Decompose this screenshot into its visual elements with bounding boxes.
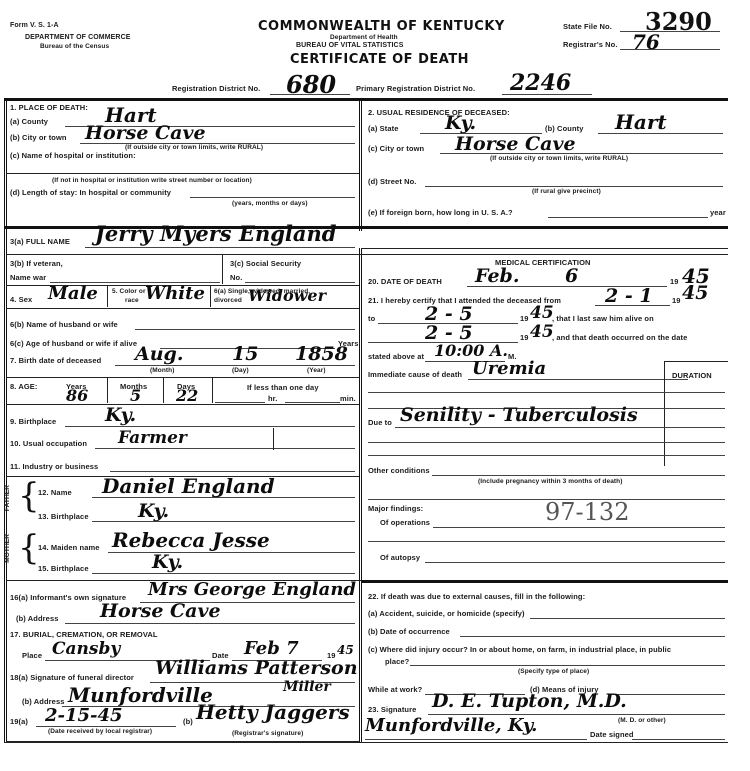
- funeral-director-label: 18(a) Signature of funeral director: [10, 673, 134, 682]
- registrar-no-value: 76: [632, 30, 660, 54]
- other-conditions-note: (Include pregnancy within 3 months of de…: [478, 478, 623, 485]
- war-label: Name war: [10, 273, 46, 282]
- external-causes-label: 22. If death was due to external causes,…: [368, 592, 585, 601]
- to-year-prefix: 19: [520, 314, 529, 323]
- father-birthplace-label: 13. Birthplace: [38, 512, 89, 521]
- document-title: COMMONWEALTH OF KENTUCKY: [258, 19, 505, 34]
- other-conditions-label: Other conditions: [368, 466, 430, 475]
- social-security-label: 3(c) Social Security: [230, 259, 301, 268]
- primary-district-label: Primary Registration District No.: [356, 84, 475, 93]
- certificate-title: CERTIFICATE OF DEATH: [290, 52, 469, 67]
- received-label: 19(a): [10, 717, 28, 726]
- place-of-death-heading: 1. PLACE OF DEATH:: [10, 103, 88, 112]
- residence-heading: 2. USUAL RESIDENCE OF DECEASED:: [368, 108, 510, 117]
- occupation-value: Farmer: [118, 428, 187, 448]
- pod-hospital-label: (c) Name of hospital or institution:: [10, 151, 136, 160]
- veteran-label: 3(b) If veteran,: [10, 259, 63, 268]
- burial-place-label: Place: [22, 651, 42, 660]
- father-name-label: 12. Name: [38, 488, 72, 497]
- birth-month-note: (Month): [150, 367, 175, 374]
- death-occurred-text: , and that death occurred on the date: [552, 333, 687, 342]
- due-to-value: Senility - Tuberculosis: [400, 404, 638, 426]
- father-side-label: FATHER: [4, 485, 11, 511]
- occupation-label: 10. Usual occupation: [10, 439, 87, 448]
- birth-day-value: 15: [232, 343, 258, 365]
- while-at-work-label: While at work?: [368, 685, 422, 694]
- major-findings-label: Major findings:: [368, 504, 423, 513]
- res-street-label: (d) Street No.: [368, 177, 416, 186]
- res-foreign-suffix: year: [710, 208, 726, 217]
- state-file-label: State File No.: [563, 22, 612, 31]
- res-city-value: Horse Cave: [455, 133, 576, 155]
- date-of-death-label: 20. DATE OF DEATH: [368, 277, 442, 286]
- father-birthplace-value: Ky.: [138, 500, 169, 522]
- burial-date-value: Feb 7: [244, 638, 299, 659]
- birth-year-value: 1858: [295, 343, 348, 365]
- director-address-value: Munfordville: [68, 683, 213, 707]
- mother-name-label: 14. Maiden name: [38, 543, 100, 552]
- pod-city-note: (If outside city or town limits, write R…: [125, 144, 263, 151]
- ss-no-label: No.: [230, 273, 242, 282]
- attended-to-year: 45: [530, 303, 554, 323]
- age-less-label: If less than one day: [247, 383, 319, 392]
- signature-label: 23. Signature: [368, 705, 416, 714]
- date-signed-label: Date signed: [590, 730, 634, 739]
- registrar-signature-value: Hetty Jaggers: [196, 700, 350, 724]
- birth-month-value: Aug.: [135, 343, 183, 365]
- bureau-vital: BUREAU OF VITAL STATISTICS: [296, 42, 403, 49]
- occurrence-label: (b) Date of occurrence: [368, 627, 450, 636]
- stated-above-label: stated above at: [368, 352, 424, 361]
- pod-hospital-note: (If not in hospital or institution write…: [52, 177, 252, 184]
- informant-value: Mrs George England: [148, 579, 356, 600]
- mother-side-label: MOTHER: [4, 534, 11, 563]
- age-years-value: 86: [66, 386, 88, 405]
- received-note: (Date received by local registrar): [48, 728, 152, 735]
- father-bracket-icon: {: [18, 476, 40, 516]
- accident-label: (a) Accident, suicide, or homicide (spec…: [368, 609, 525, 618]
- sex-label: 4. Sex: [10, 295, 32, 304]
- pod-stay-label: (d) Length of stay: In hospital or commu…: [10, 188, 171, 197]
- age-min-label: min.: [340, 394, 356, 403]
- res-city-label: (c) City or town: [368, 144, 424, 153]
- res-city-note: (If outside city or town limits, write R…: [490, 155, 628, 162]
- age-hr-label: hr.: [268, 394, 277, 403]
- primary-district-value: 2246: [510, 70, 571, 96]
- form-number: Form V. S. 1-A: [10, 22, 59, 29]
- attended-from-year-prefix: 19: [672, 296, 681, 305]
- birthplace-label: 9. Birthplace: [10, 417, 56, 426]
- spouse-label: 6(b) Name of husband or wife: [10, 320, 118, 329]
- marital-label-bottom: divorced: [214, 297, 242, 304]
- birthplace-value: Ky.: [105, 404, 136, 426]
- res-state-value: Ky.: [445, 112, 476, 134]
- dept-health: Department of Health: [330, 34, 398, 41]
- where-injury-label-2: place?: [385, 657, 409, 666]
- color-label-bottom: race: [125, 297, 139, 304]
- funeral-director-value-2: Miller: [283, 679, 331, 695]
- attended-from-year: 45: [682, 282, 708, 304]
- res-county-label: (b) County: [545, 124, 584, 133]
- pod-stay-note: (years, months or days): [232, 200, 308, 207]
- birth-date-label: 7. Birth date of deceased: [10, 356, 101, 365]
- age-days-value: 22: [176, 386, 198, 405]
- age-months-value: 5: [130, 386, 141, 405]
- registrar-no-label: Registrar's No.: [563, 40, 618, 49]
- signature-note: (M. D. or other): [618, 717, 666, 724]
- reg-district-value: 680: [286, 70, 336, 99]
- informant-address-value: Horse Cave: [100, 600, 221, 622]
- where-injury-note: (Specify type of place): [518, 668, 589, 675]
- res-foreign-label: (e) If foreign born, how long in U. S. A…: [368, 208, 513, 217]
- birth-year-note: (Year): [307, 367, 326, 374]
- full-name-value: Jerry Myers England: [95, 221, 336, 246]
- informant-address-label: (b) Address: [16, 614, 59, 623]
- physician-address-value: Munfordville, Ky.: [365, 715, 537, 736]
- immediate-cause-label: Immediate cause of death: [368, 370, 462, 379]
- res-street-note: (If rural give precinct): [532, 188, 601, 195]
- last-seen-text: , that I last saw him alive on: [552, 314, 654, 323]
- industry-label: 11. Industry or business: [10, 462, 98, 471]
- duration-label: DURATION: [672, 371, 712, 380]
- color-value: White: [145, 283, 205, 304]
- funeral-director-value: Williams Patterson: [155, 657, 358, 679]
- age-label: 8. AGE:: [10, 382, 38, 391]
- burial-year-value: 45: [337, 643, 354, 657]
- received-value: 2-15-45: [45, 705, 123, 726]
- operations-label: Of operations: [380, 518, 430, 527]
- reg-district-label: Registration District No.: [172, 84, 260, 93]
- registrar-sig-label: (b): [183, 717, 193, 726]
- department-left: DEPARTMENT OF COMMERCE: [25, 34, 131, 41]
- last-seen-year: 45: [530, 322, 554, 342]
- where-injury-label: (c) Where did injury occur? In or about …: [368, 645, 671, 654]
- physician-signature-value: D. E. Tupton, M.D.: [432, 690, 627, 712]
- mother-birthplace-label: 15. Birthplace: [38, 564, 89, 573]
- mother-birthplace-value: Ky.: [152, 551, 183, 573]
- marital-value: Widower: [248, 286, 326, 305]
- mother-bracket-icon: {: [18, 528, 40, 568]
- full-name-label: 3(a) FULL NAME: [10, 237, 70, 246]
- mother-name-value: Rebecca Jesse: [112, 528, 270, 552]
- birth-day-note: (Day): [232, 367, 249, 374]
- death-year-prefix: 19: [670, 277, 679, 286]
- burial-place-value: Cansby: [52, 639, 120, 659]
- attended-from-value: 2 - 1: [605, 285, 653, 307]
- to-label: to: [368, 314, 375, 323]
- bureau-left: Bureau of the Census: [40, 43, 109, 50]
- father-name-value: Daniel England: [102, 474, 275, 498]
- immediate-cause-value: Uremia: [472, 358, 546, 379]
- sex-value: Male: [48, 283, 98, 304]
- due-to-label: Due to: [368, 418, 392, 427]
- death-month-value: Feb.: [475, 265, 519, 287]
- death-day-value: 6: [565, 265, 578, 287]
- pod-city-label: (b) City or town: [10, 133, 67, 142]
- burial-label: 17. BURIAL, CREMATION, OR REMOVAL: [10, 630, 158, 639]
- operations-value: 97-132: [545, 498, 629, 526]
- pod-city-value: Horse Cave: [85, 122, 206, 144]
- registrar-sig-note: (Registrar's signature): [232, 730, 303, 737]
- last-seen-year-prefix: 19: [520, 333, 529, 342]
- res-county-value: Hart: [615, 110, 667, 134]
- color-label-top: 5. Color or: [112, 288, 146, 295]
- spouse-age-label: 6(c) Age of husband or wife if alive: [10, 339, 137, 348]
- res-state-label: (a) State: [368, 124, 399, 133]
- pod-county-label: (a) County: [10, 117, 48, 126]
- autopsy-label: Of autopsy: [380, 553, 420, 562]
